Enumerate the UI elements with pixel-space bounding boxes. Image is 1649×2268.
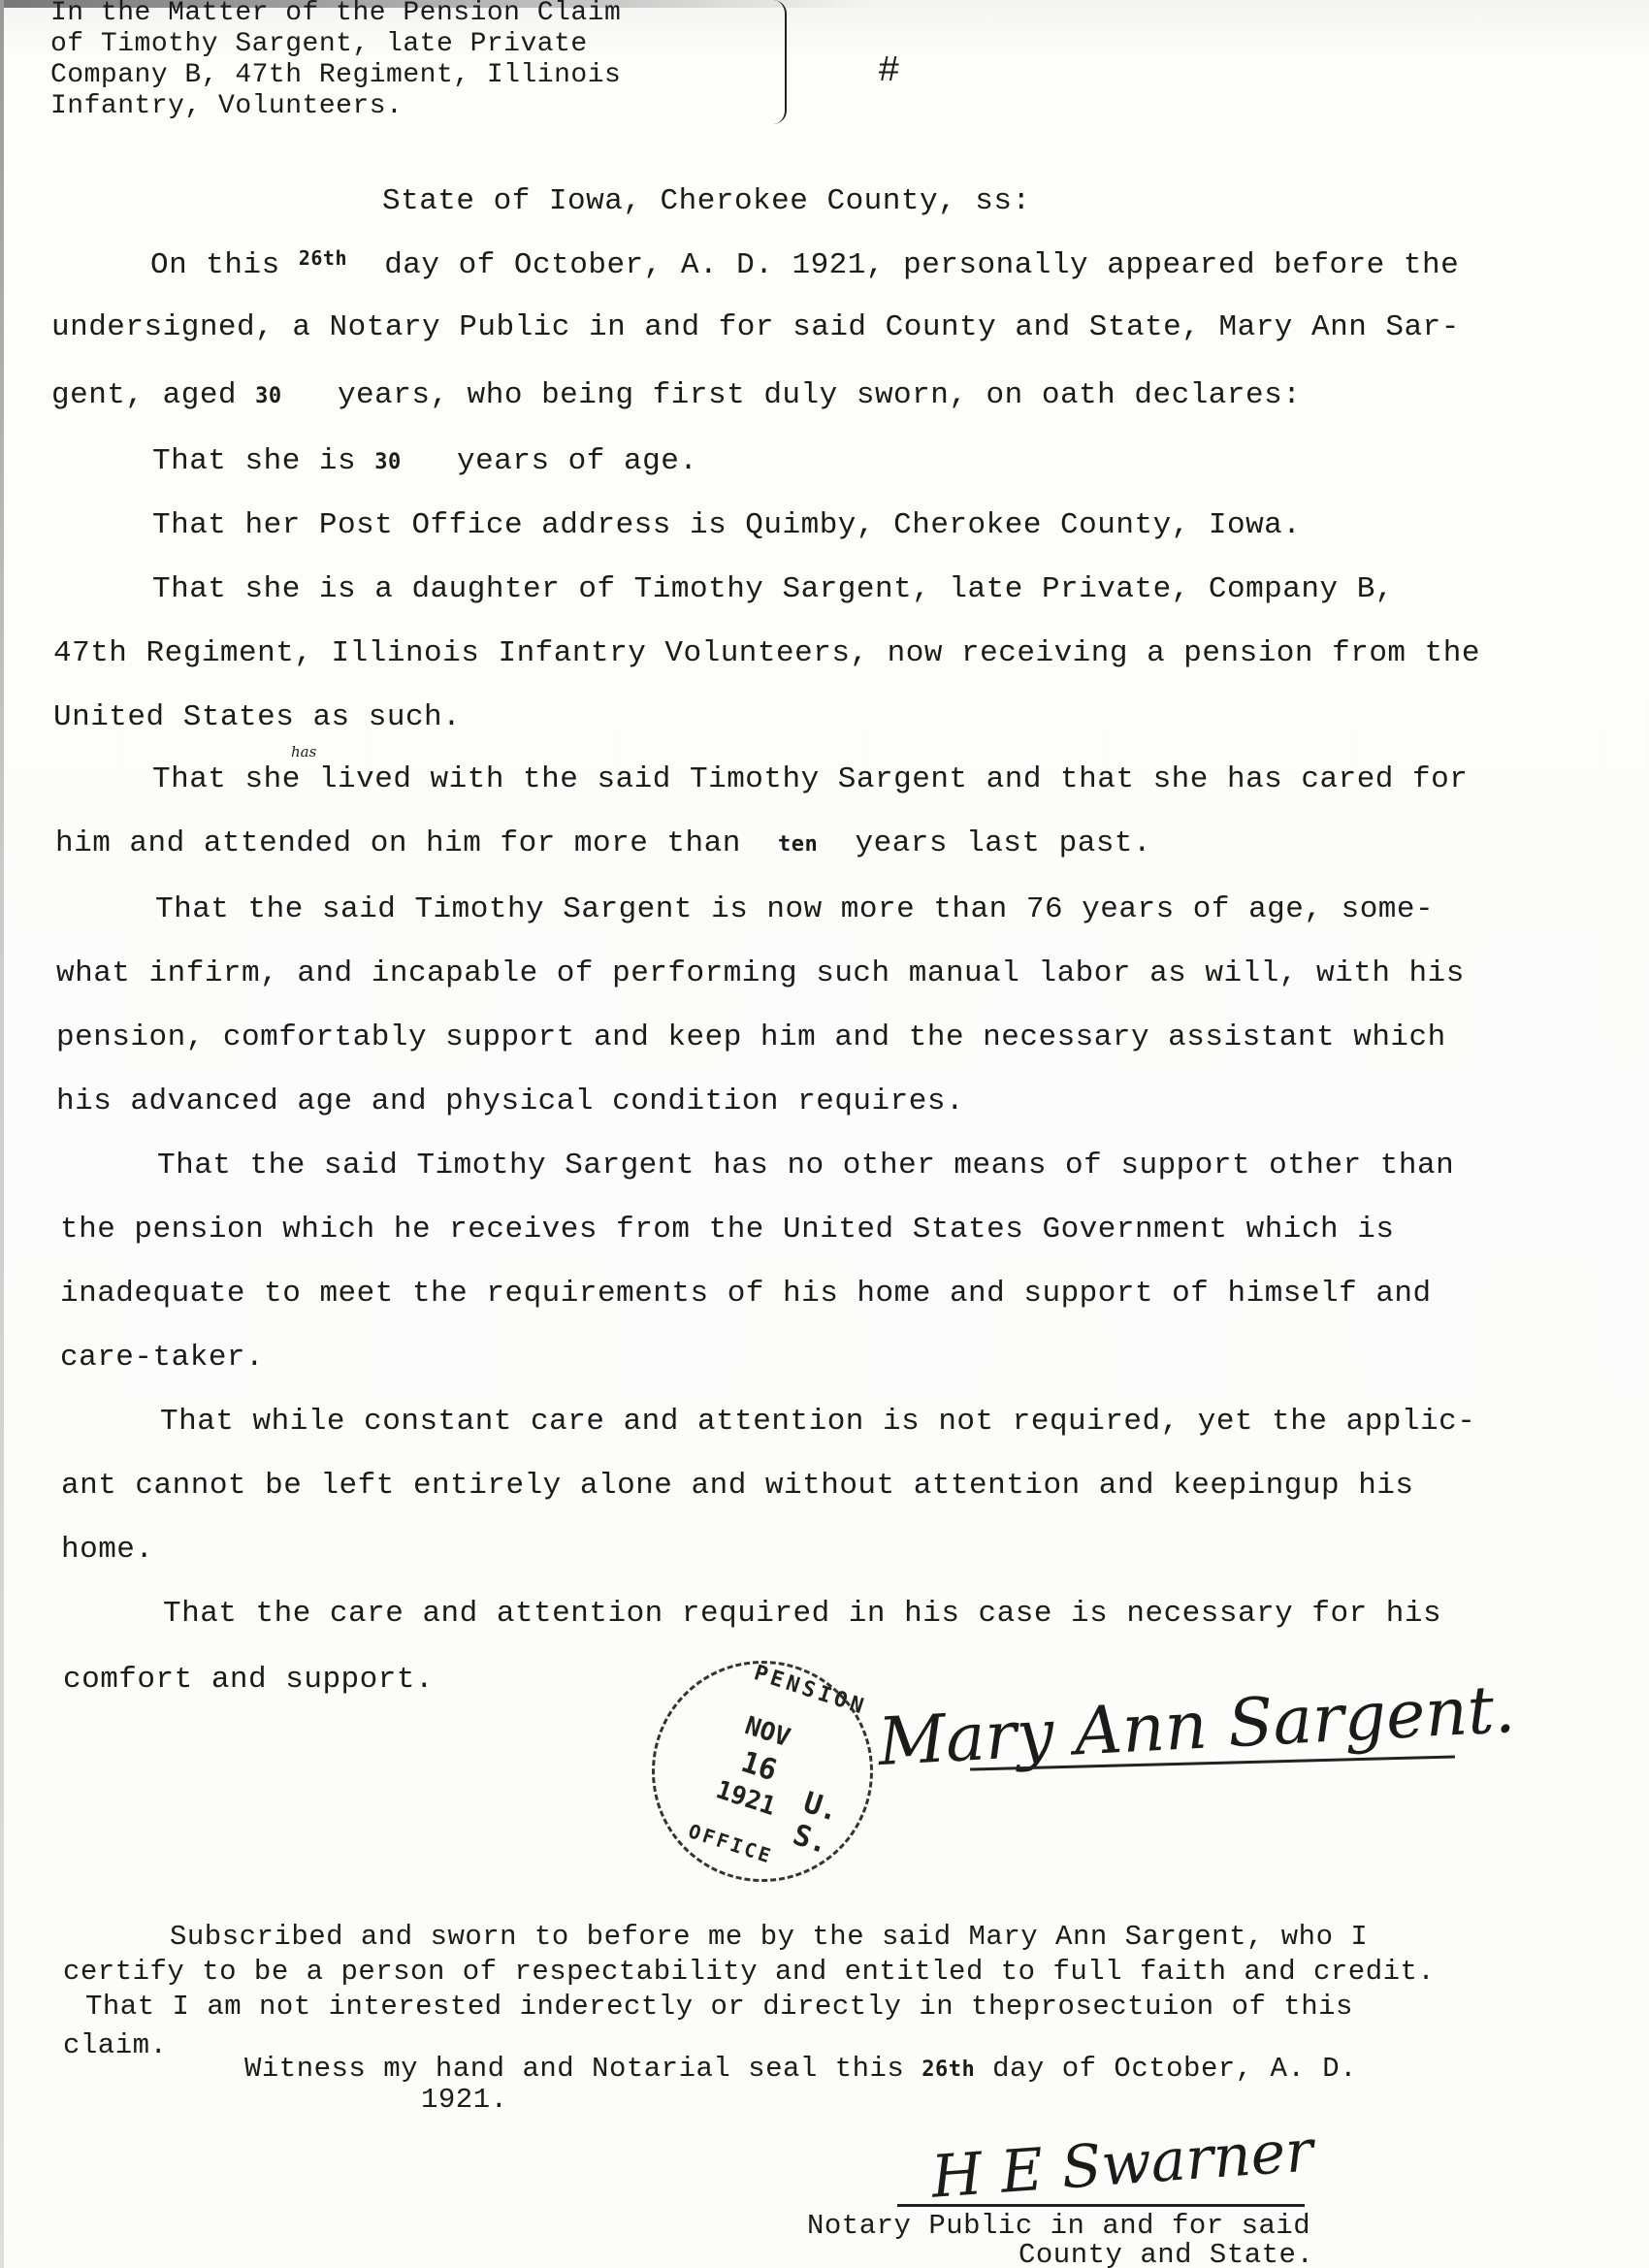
text: day of October, A. D. [975, 2053, 1357, 2085]
paragraph-4-line-3: United States as such. [53, 700, 461, 734]
paragraph-6-line-1: That the said Timothy Sargent is now mor… [155, 892, 1434, 926]
filled-day: 26th [299, 246, 347, 270]
paragraph-1-line-1: On this 26th day of October, A. D. 1921,… [150, 246, 1459, 282]
text: him and attended on him for more than [55, 826, 778, 860]
paragraph-4-line-2: 47th Regiment, Illinois Infantry Volunte… [53, 636, 1480, 670]
filled-age: 30 [374, 450, 402, 474]
paragraph-5-line-2: him and attended on him for more than te… [55, 826, 1151, 860]
caption-line-2: of Timothy Sargent, late Private [50, 29, 588, 59]
document-page: In the Matter of the Pension Claim of Ti… [0, 0, 1649, 2268]
paragraph-4-line-1: That she is a daughter of Timothy Sargen… [152, 572, 1394, 606]
file-number-mark: # [878, 50, 900, 92]
paragraph-7-line-2: the pension which he receives from the U… [60, 1213, 1394, 1247]
text: years, who being first duly sworn, on oa… [282, 378, 1302, 412]
caption-brace [771, 0, 787, 124]
paragraph-8-line-3: home. [61, 1533, 154, 1567]
notary-title-line-2: County and State. [1018, 2241, 1313, 2268]
paragraph-9-line-2: comfort and support. [63, 1663, 434, 1697]
paragraph-5-line-1: That she lived with the said Timothy Sar… [152, 762, 1468, 796]
paragraph-7-line-3: inadequate to meet the requirements of h… [60, 1277, 1432, 1311]
text: years last past. [818, 826, 1151, 860]
text: That she is [152, 444, 374, 478]
stamp-bottom: OFFICE [686, 1819, 776, 1868]
pension-office-stamp: PENSION NOV 16 1921 U. S. OFFICE [623, 1632, 901, 1910]
jurat-line-1: Subscribed and sworn to before me by the… [170, 1923, 1368, 1952]
caption-line-4: Infantry, Volunteers. [50, 91, 403, 121]
filled-day: 26th [921, 2057, 975, 2082]
notary-title-line-1: Notary Public in and for said [807, 2212, 1310, 2241]
text: years of age. [402, 444, 698, 478]
paragraph-1-line-3: gent, aged 30 years, who being first dul… [51, 378, 1301, 412]
paragraph-3: That her Post Office address is Quimby, … [152, 508, 1301, 542]
stamp-top: PENSION [751, 1661, 870, 1720]
paragraph-6-line-4: his advanced age and physical condition … [56, 1085, 964, 1118]
text: day of October, A. D. 1921, personally a… [347, 248, 1459, 282]
paragraph-7-line-1: That the said Timothy Sargent has no oth… [157, 1149, 1454, 1183]
handwritten-insertion: has [291, 743, 316, 761]
witness-line: Witness my hand and Notarial seal this 2… [244, 2055, 1357, 2085]
paragraph-1-line-2: undersigned, a Notary Public in and for … [51, 310, 1460, 344]
paragraph-7-line-4: care-taker. [60, 1341, 264, 1375]
paragraph-6-line-2: what infirm, and incapable of performing… [56, 956, 1465, 990]
jurat-line-4: claim. [63, 2031, 167, 2060]
paragraph-8-line-2: ant cannot be left entirely alone and wi… [61, 1469, 1414, 1503]
caption-line-1: In the Matter of the Pension Claim [50, 0, 621, 28]
paragraph-8-line-1: That while constant care and attention i… [160, 1405, 1475, 1439]
witness-year: 1921. [421, 2086, 508, 2115]
notary-signature: H E Swarner [929, 2117, 1315, 2211]
caption-line-3: Company B, 47th Regiment, Illinois [50, 60, 621, 90]
jurat-line-3: That I am not interested inderectly or d… [85, 1993, 1353, 2022]
stamp-side: U. S. [789, 1786, 865, 1868]
paragraph-9-line-1: That the care and attention required in … [163, 1597, 1441, 1631]
text: Witness my hand and Notarial seal this [244, 2053, 921, 2085]
jurat-line-2: certify to be a person of respectability… [63, 1958, 1435, 1987]
text: gent, aged [51, 378, 255, 412]
paragraph-6-line-3: pension, comfortably support and keep hi… [56, 1021, 1446, 1054]
page-edge [0, 0, 4, 2268]
venue: State of Iowa, Cherokee County, ss: [382, 184, 1031, 218]
notary-signature-line [897, 2204, 1305, 2207]
paragraph-2: That she is 30 years of age. [152, 444, 697, 478]
filled-age: 30 [255, 384, 282, 408]
filled-years: ten [778, 832, 818, 857]
text: On this [150, 248, 299, 282]
